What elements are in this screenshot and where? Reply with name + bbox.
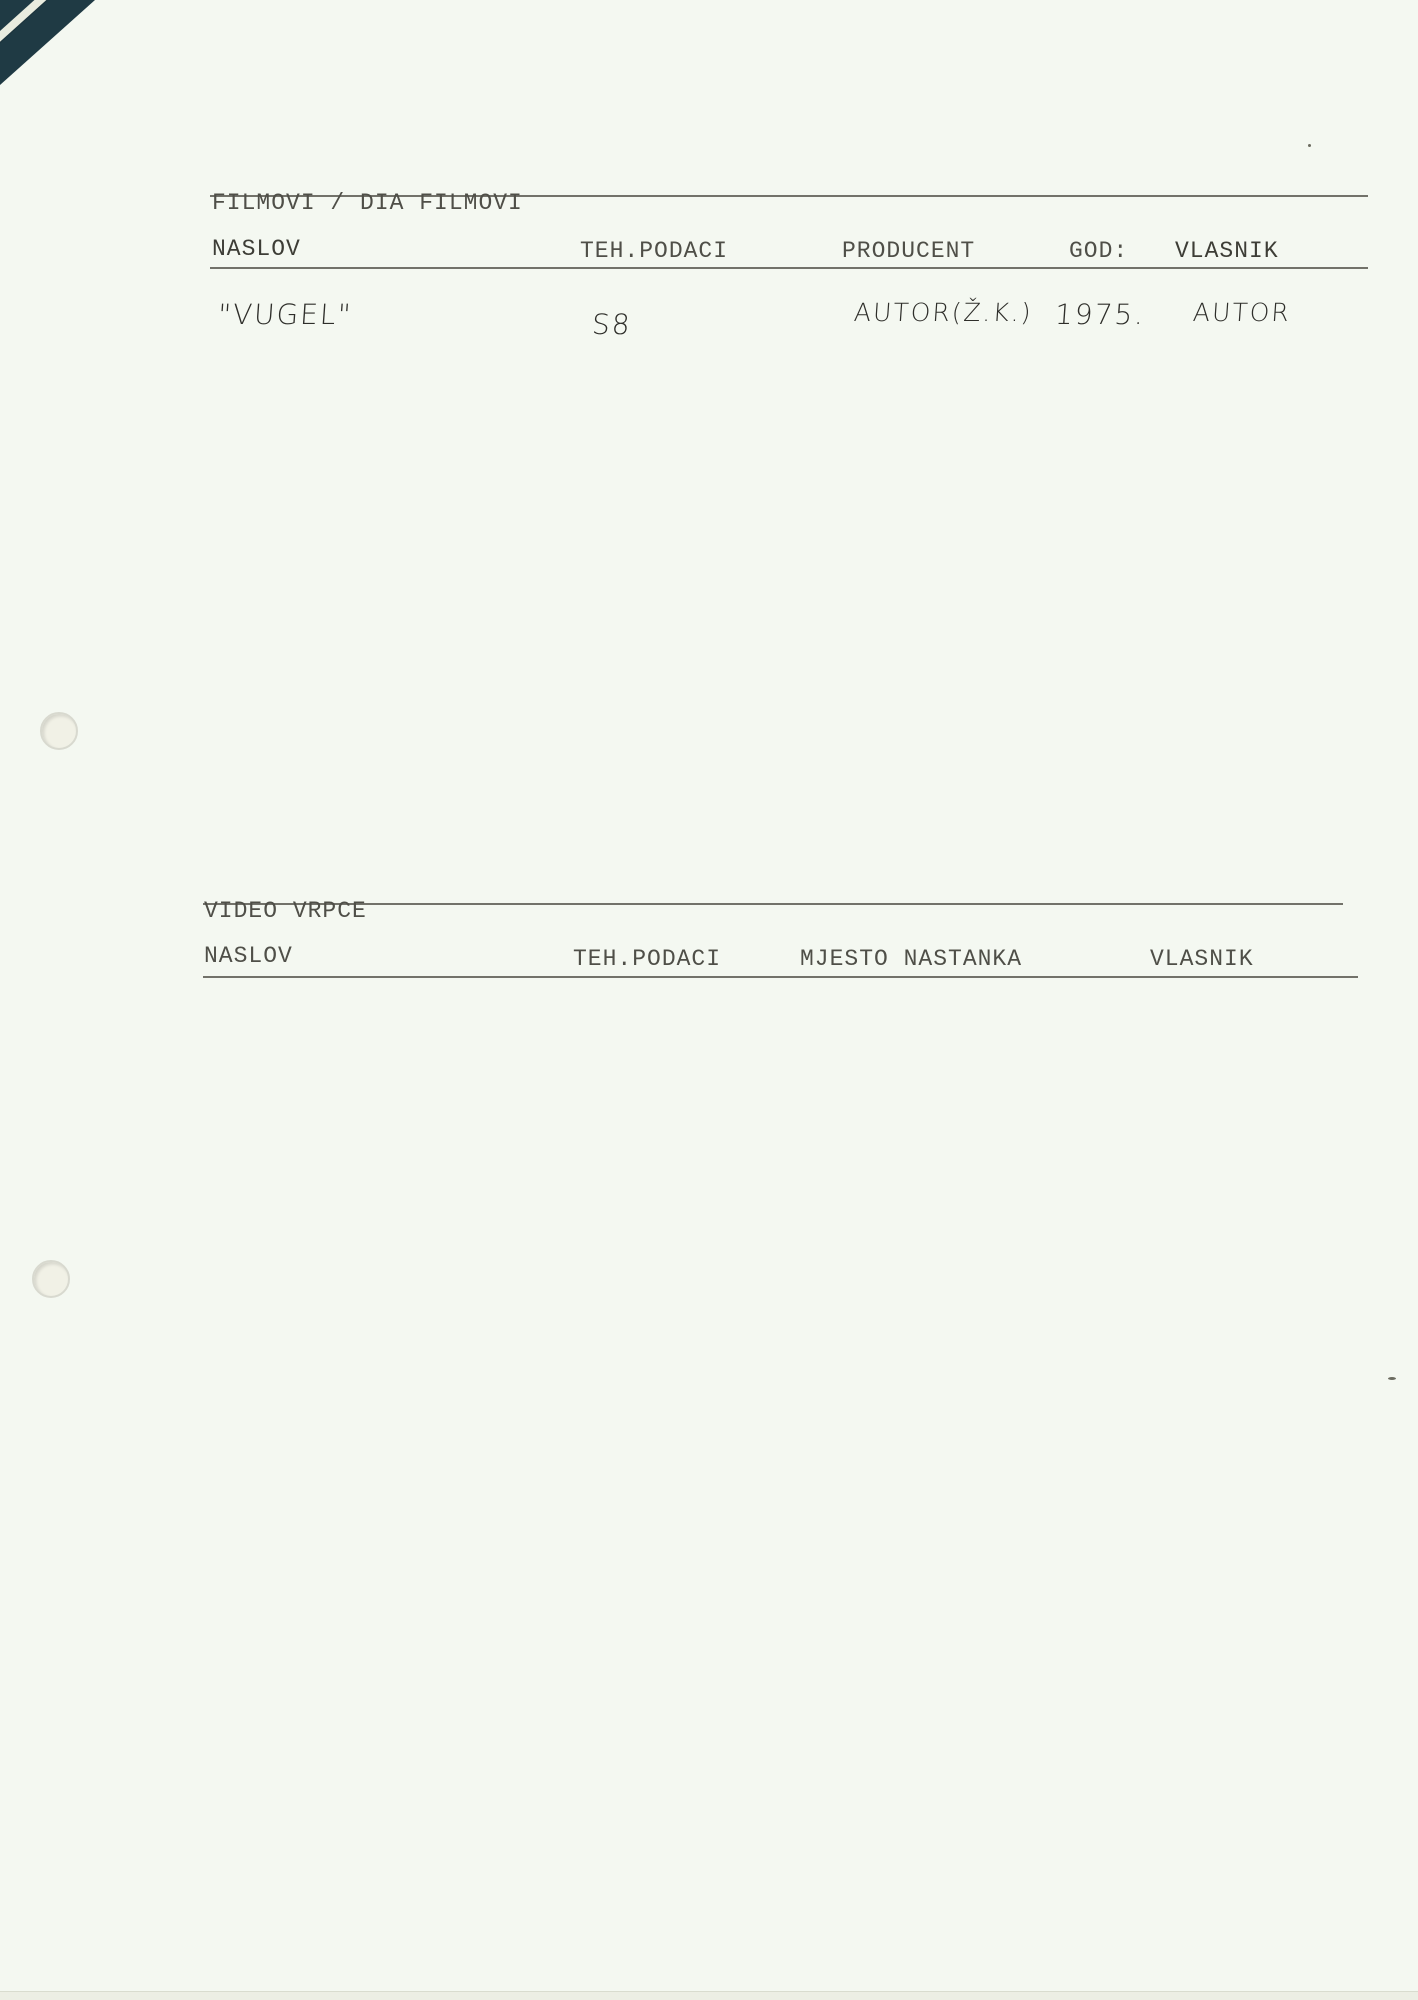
films-header-rule [210, 267, 1368, 269]
paper-speck [1388, 1377, 1396, 1380]
film-owner: AUTOR [1192, 298, 1292, 327]
film-tech-data: S8 [591, 308, 633, 341]
scan-background-corner [0, 0, 95, 85]
video-header-rule [203, 976, 1358, 978]
films-col-teh-podaci: TEH.PODACI [580, 238, 728, 264]
films-col-god: GOD: [1069, 238, 1128, 264]
video-top-rule [203, 903, 1343, 905]
video-col-vlasnik: VLASNIK [1150, 946, 1254, 972]
video-col-naslov: NASLOV [204, 943, 293, 969]
punch-hole-icon [32, 1260, 70, 1298]
video-col-mjesto-nastanka: MJESTO NASTANKA [800, 946, 1022, 972]
films-col-naslov: NASLOV [212, 236, 301, 262]
films-col-producent: PRODUCENT [842, 238, 975, 264]
film-year: 1975. [1054, 298, 1146, 331]
punch-hole-icon [40, 712, 78, 750]
paper-speck [1308, 144, 1311, 147]
paper-bottom-edge [0, 1991, 1418, 2000]
film-producer: AUTOR(Ž.K.) [853, 298, 1034, 327]
video-col-teh-podaci: TEH.PODACI [573, 946, 721, 972]
video-section-title: VIDEO VRPCE [204, 898, 367, 924]
film-title: "VUGEL" [217, 298, 354, 331]
films-section-title: FILMOVI / DIA FILMOVI [212, 190, 523, 216]
films-col-vlasnik: VLASNIK [1175, 238, 1279, 264]
